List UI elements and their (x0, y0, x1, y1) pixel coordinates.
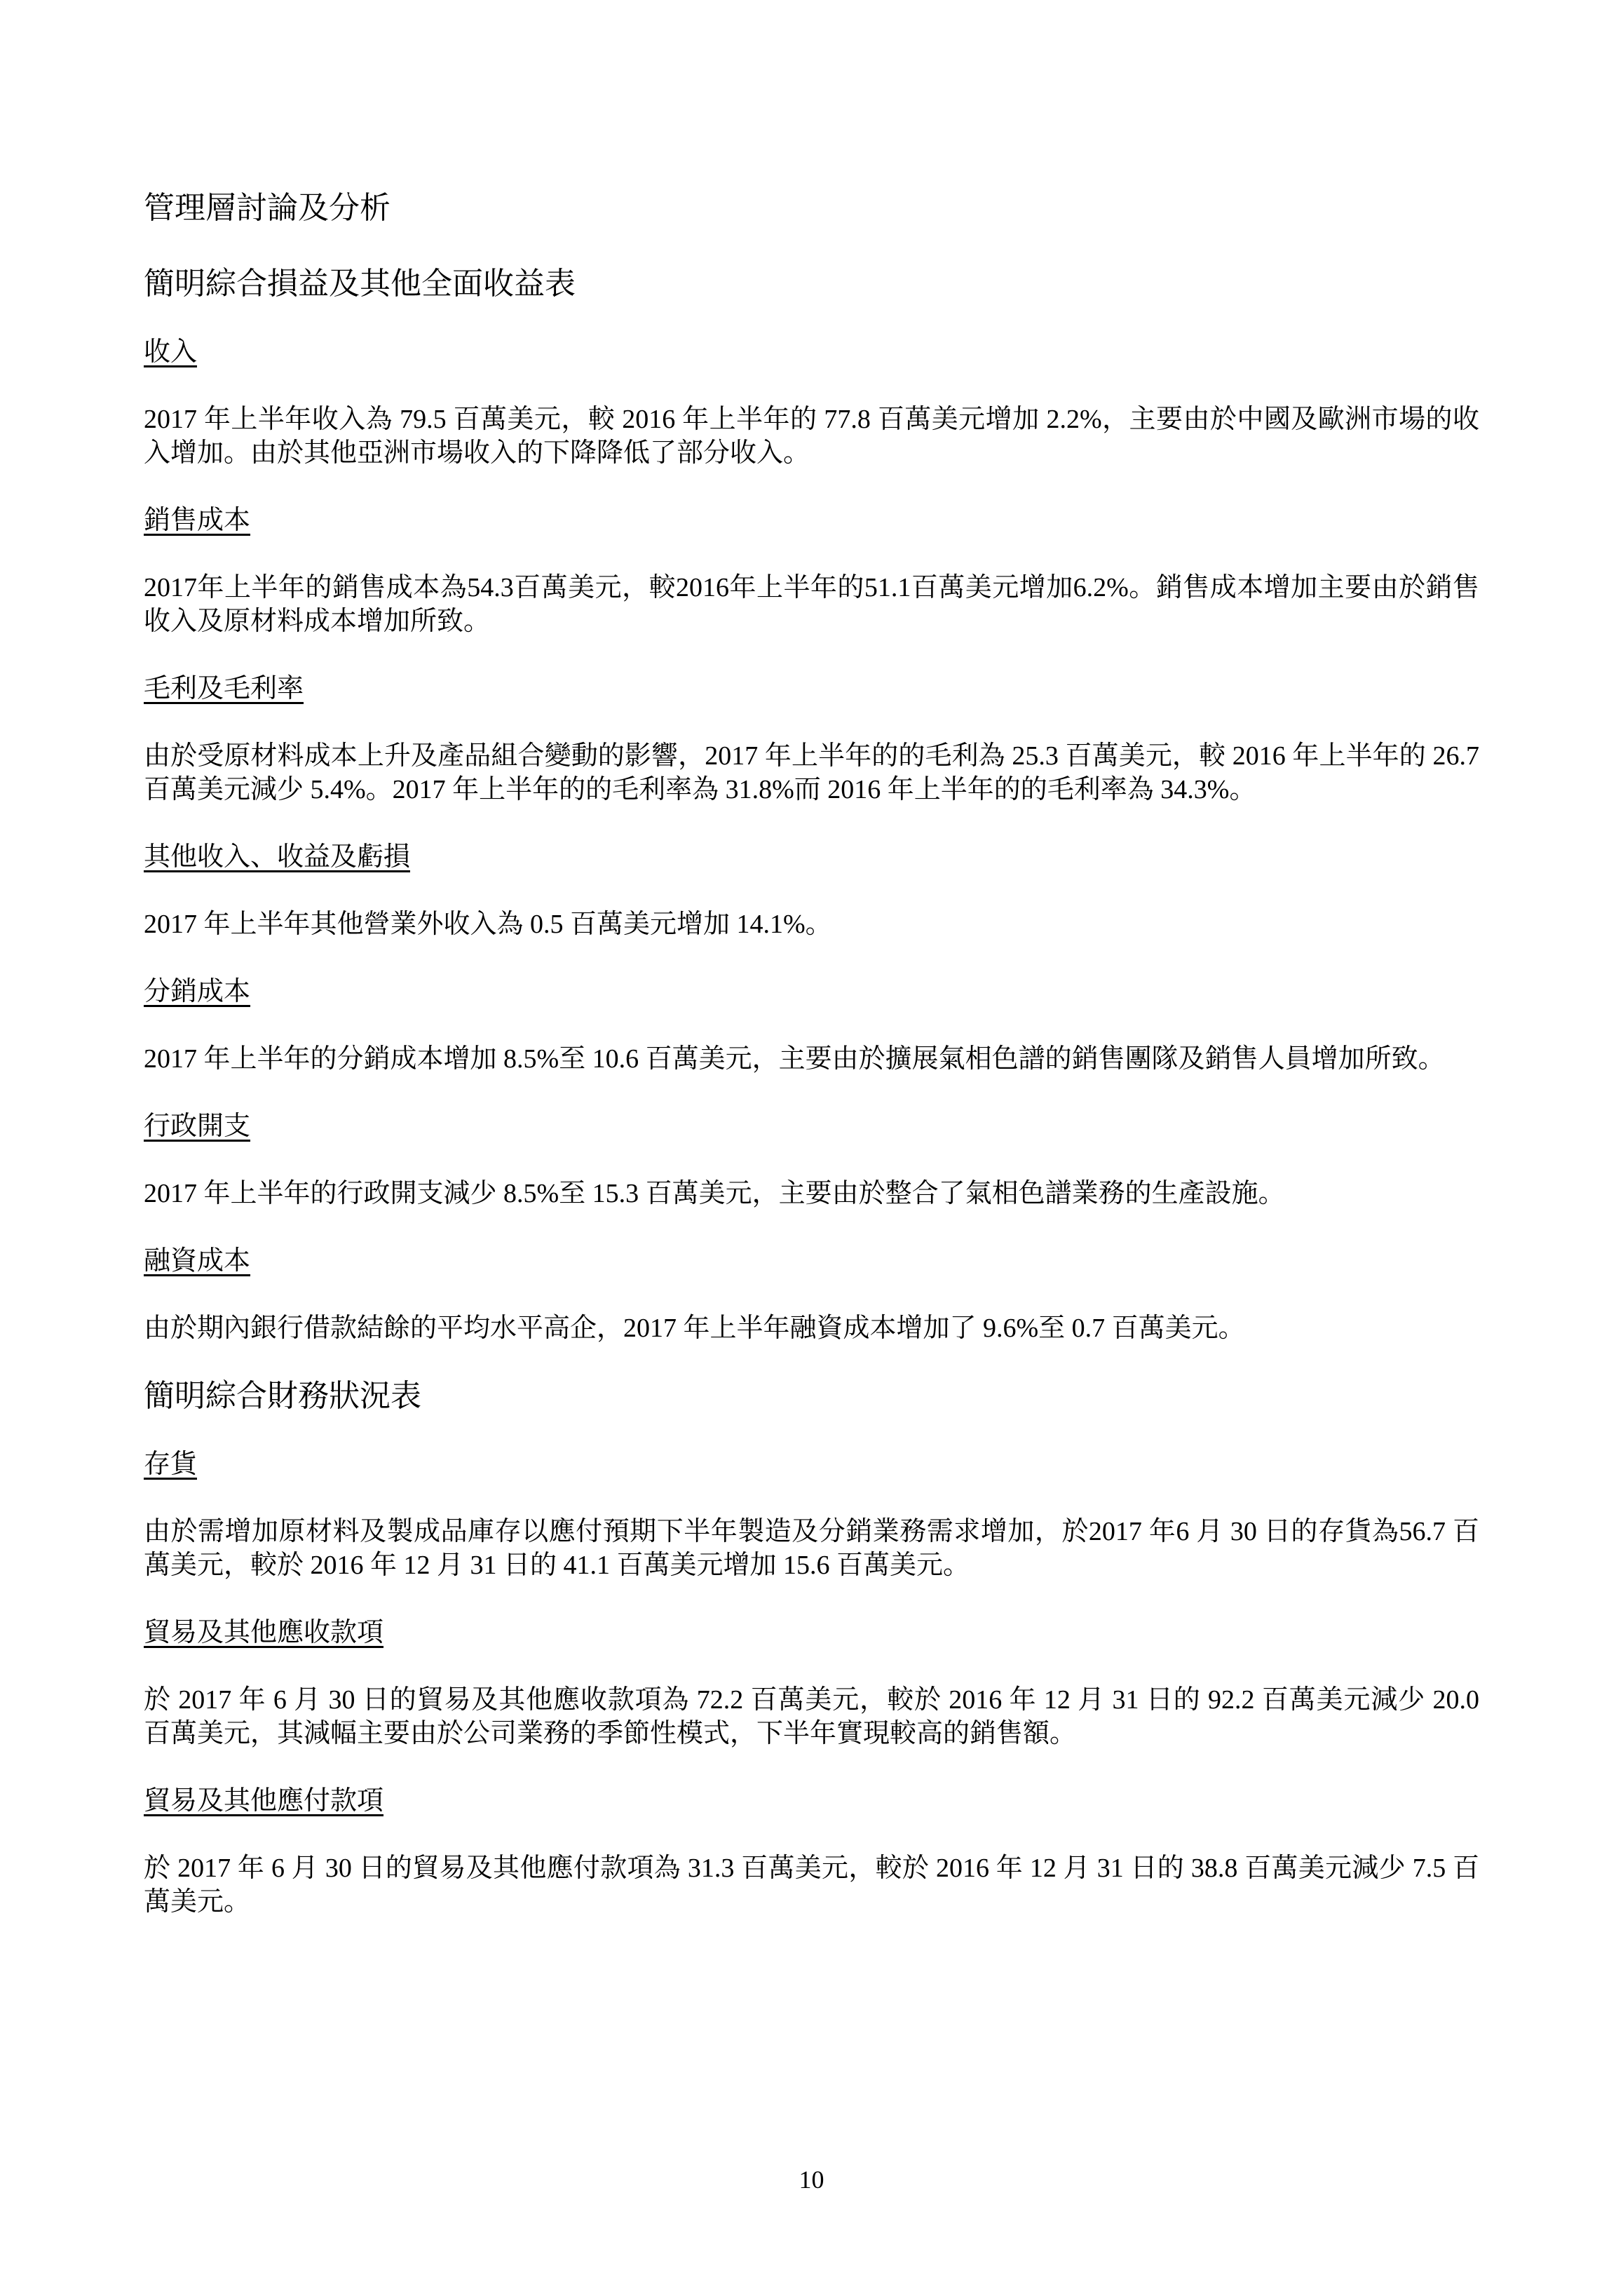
heading-gross-profit: 毛利及毛利率 (144, 672, 1479, 705)
paragraph-trade-payables: 於 2017 年 6 月 30 日的貿易及其他應付款項為 31.3 百萬美元，較… (144, 1851, 1479, 1919)
paragraph-finance-costs: 由於期內銀行借款結餘的平均水平高企，2017 年上半年融資成本增加了 9.6%至… (144, 1311, 1479, 1345)
paragraph-revenue: 2017 年上半年收入為 79.5 百萬美元，較 2016 年上半年的 77.8… (144, 403, 1479, 470)
paragraph-inventories: 由於需增加原材料及製成品庫存以應付預期下半年製造及分銷業務需求增加，於2017 … (144, 1515, 1479, 1582)
heading-trade-receivables: 貿易及其他應收款項 (144, 1616, 1479, 1649)
heading-revenue: 收入 (144, 335, 1479, 369)
paragraph-administrative-expenses: 2017 年上半年的行政開支減少 8.5%至 15.3 百萬美元，主要由於整合了… (144, 1177, 1479, 1210)
heading-finance-costs: 融資成本 (144, 1244, 1479, 1278)
heading-administrative-expenses: 行政開支 (144, 1109, 1479, 1143)
heading-distribution-costs: 分銷成本 (144, 975, 1479, 1008)
heading-other-income: 其他收入、收益及虧損 (144, 840, 1479, 874)
heading-inventories: 存貨 (144, 1447, 1479, 1481)
paragraph-cost-of-sales: 2017年上半年的銷售成本為54.3百萬美元，較2016年上半年的51.1百萬美… (144, 571, 1479, 638)
paragraph-distribution-costs: 2017 年上半年的分銷成本增加 8.5%至 10.6 百萬美元，主要由於擴展氣… (144, 1042, 1479, 1076)
paragraph-trade-receivables: 於 2017 年 6 月 30 日的貿易及其他應收款項為 72.2 百萬美元，較… (144, 1683, 1479, 1750)
document-content: 管理層討論及分析 簡明綜合損益及其他全面收益表 收入 2017 年上半年收入為 … (144, 188, 1479, 1919)
section-title-financial-position: 簡明綜合財務狀況表 (144, 1376, 1479, 1417)
page-title: 管理層討論及分析 (144, 188, 1479, 229)
heading-cost-of-sales: 銷售成本 (144, 504, 1479, 537)
heading-trade-payables: 貿易及其他應付款項 (144, 1784, 1479, 1818)
paragraph-other-income: 2017 年上半年其他營業外收入為 0.5 百萬美元增加 14.1%。 (144, 907, 1479, 941)
page-number: 10 (0, 2163, 1623, 2196)
document-page: 管理層討論及分析 簡明綜合損益及其他全面收益表 收入 2017 年上半年收入為 … (0, 0, 1623, 2296)
section-title-income-statement: 簡明綜合損益及其他全面收益表 (144, 264, 1479, 304)
paragraph-gross-profit: 由於受原材料成本上升及產品組合變動的影響，2017 年上半年的的毛利為 25.3… (144, 739, 1479, 806)
